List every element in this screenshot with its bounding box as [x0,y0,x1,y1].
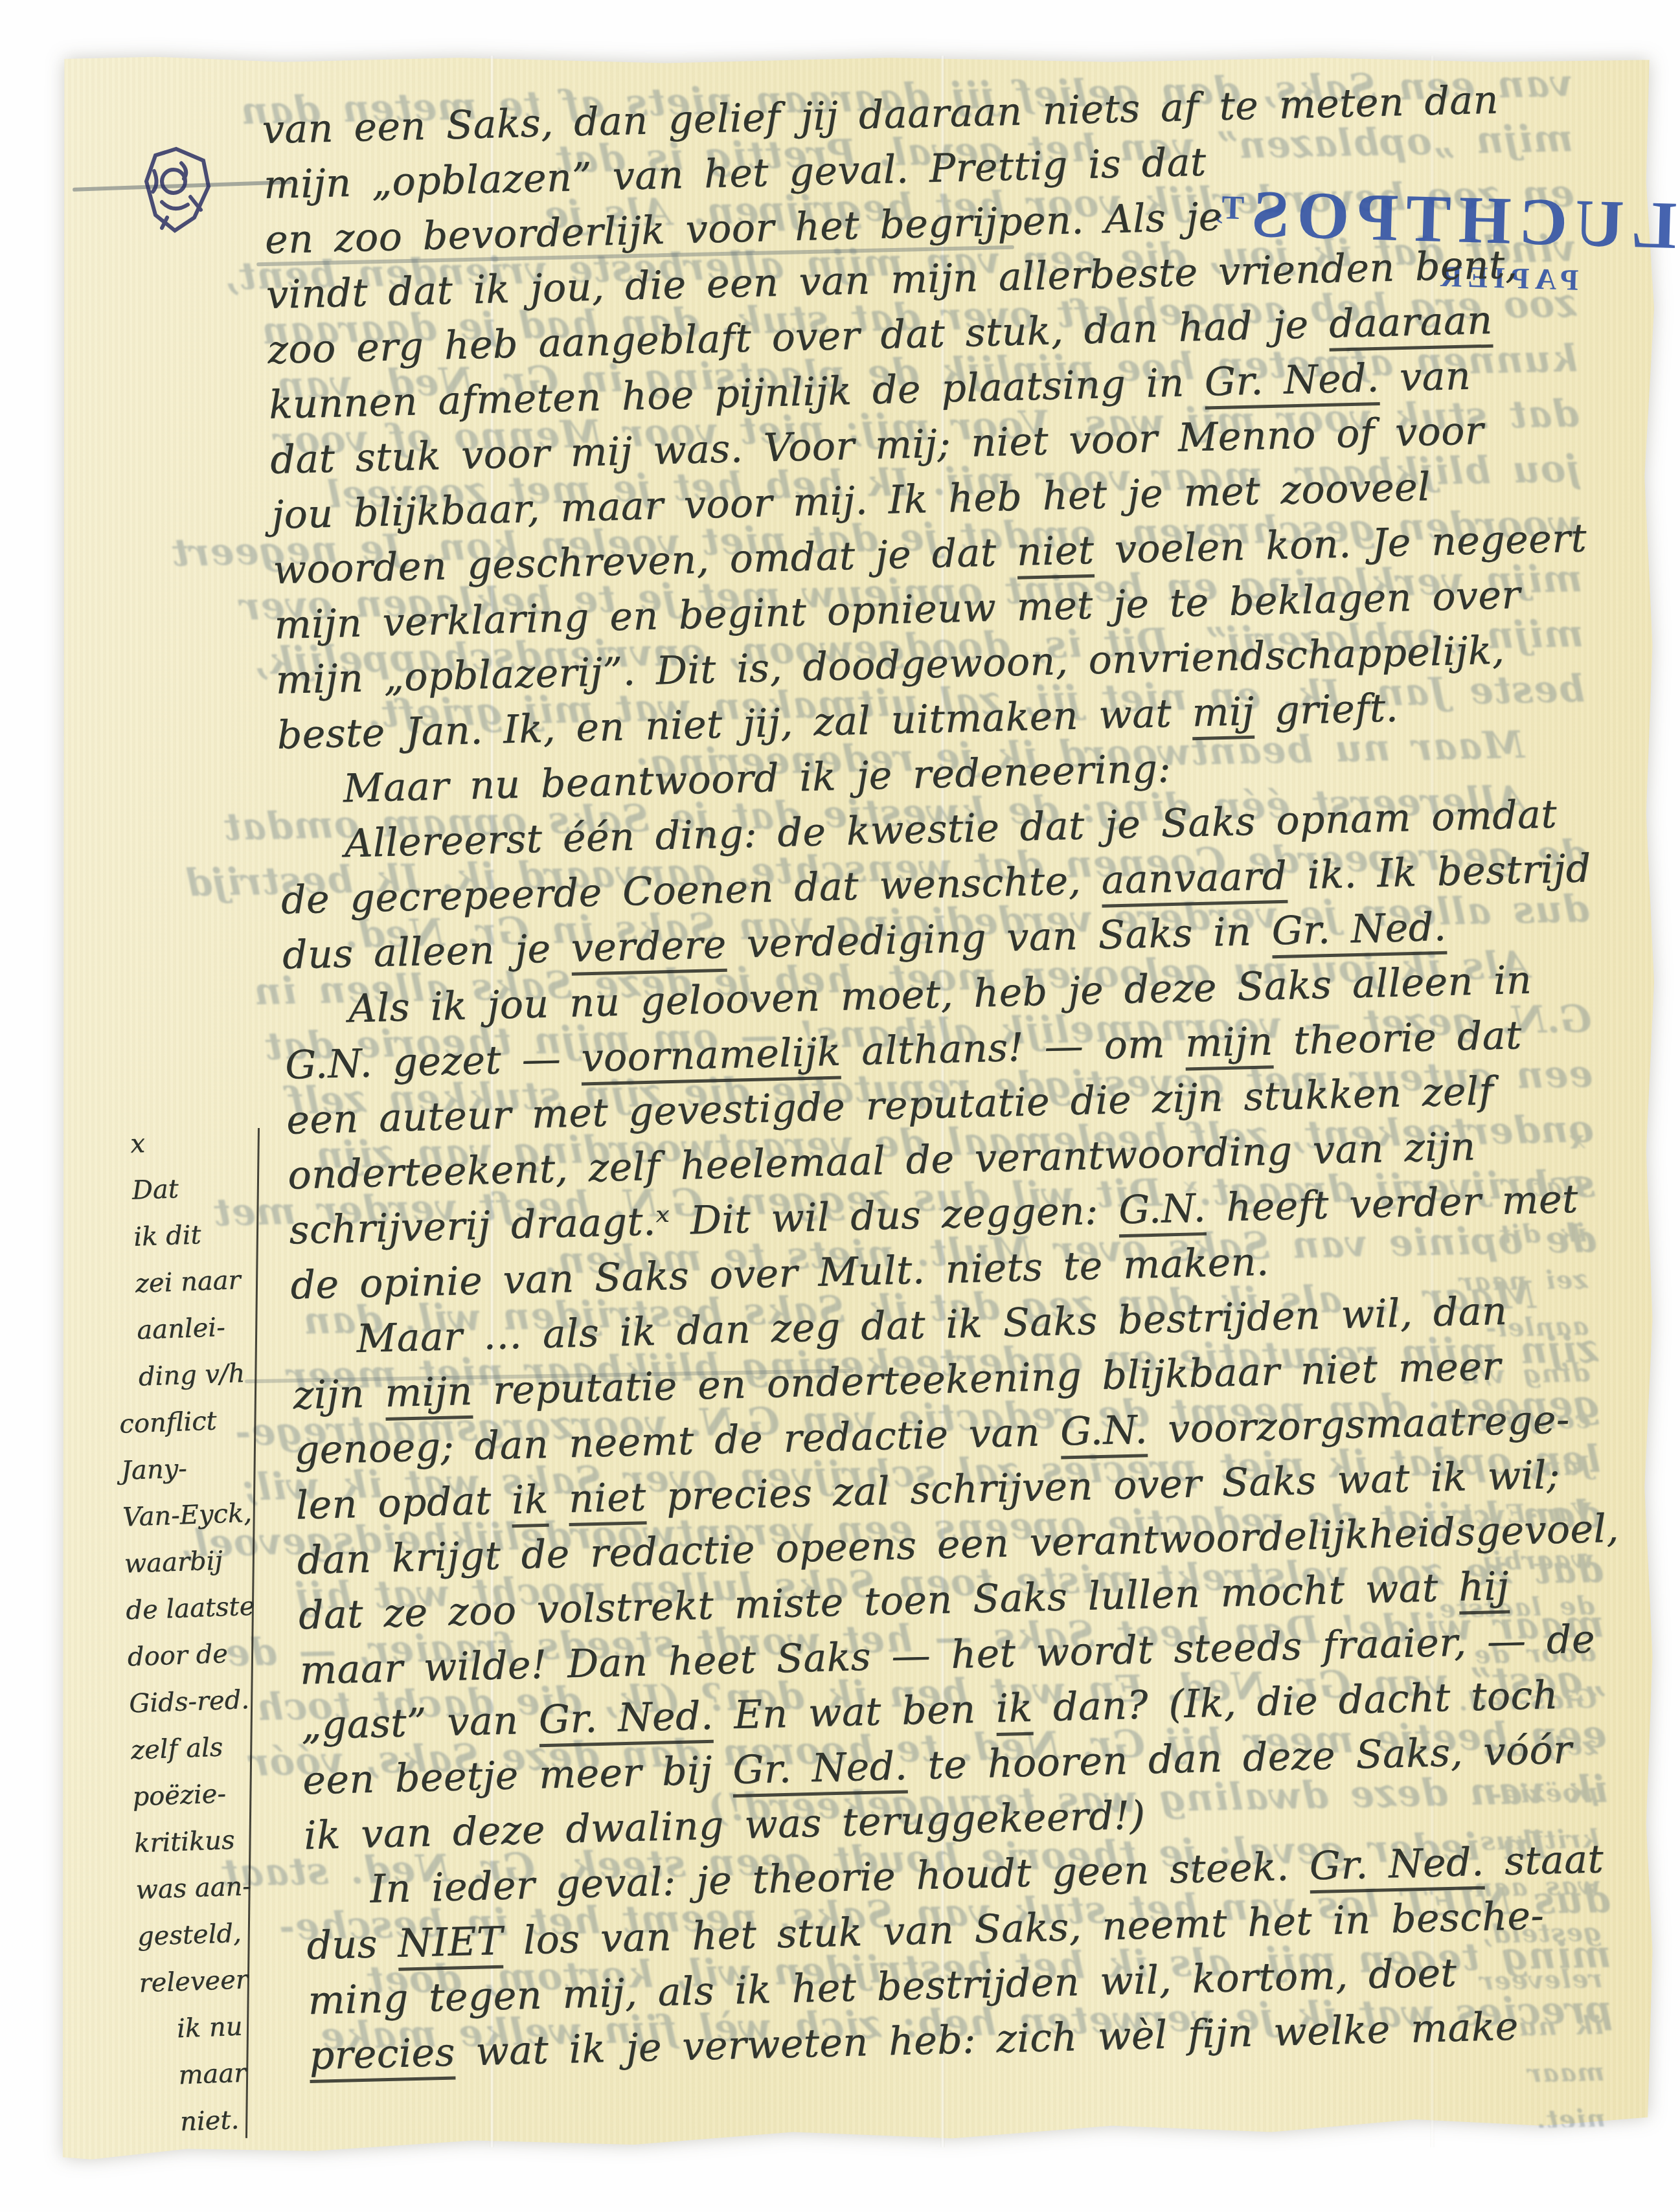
text-segment: staat [1483,1836,1604,1884]
text-segment: ik [995,1686,1033,1736]
text-segment: een beetje meer bij [302,1748,733,1803]
text-segment: theorie dat [1272,1013,1522,1064]
margin-note-word: releveer [138,1955,295,2007]
text-segment: Gr. Ned. [538,1693,714,1748]
margin-note-word: ding v/h [117,1349,274,1401]
margin-note-word: waarbij [124,1535,280,1587]
margin-note-word: poëzie- [131,1768,288,1820]
margin-note-word: x [109,1116,266,1168]
margin-note-word: ik dit [112,1210,269,1261]
margin-note-word: kritikus [133,1815,290,1867]
text-segment: voornamelijk [581,1030,842,1086]
text-segment: grieft. [1254,685,1399,734]
margin-note-word: Dat [111,1163,267,1215]
margin-note-word: Jany- [120,1442,277,1494]
margin-note-word: niet. [143,2095,300,2147]
text-segment: Gr. Ned. [1309,1840,1484,1894]
text-segment: heeft verder met [1205,1177,1578,1231]
margin-note-word: zei naar [114,1256,271,1307]
margin-note-word: conflict [119,1395,275,1447]
margin-note-word: aanlei- [115,1302,272,1354]
text-segment: voorzorgsmaatrege- [1147,1397,1570,1452]
text-segment: niet [1016,528,1095,580]
text-segment [548,1476,569,1522]
text-segment: mij [1192,689,1255,740]
text-segment: NIET [397,1919,503,1971]
text-segment: En wat ben [712,1686,996,1739]
text-segment: precies [309,2030,456,2083]
letter-body: van een Saks, dan gelief jij daaraan nie… [262,73,1680,2088]
margin-note-word: was aan- [135,1862,291,1913]
text-segment: G.N. [1060,1407,1148,1459]
text-segment: zijn [293,1371,385,1418]
text-segment: dus [306,1921,399,1969]
text-segment: Gr. Ned. [732,1743,907,1798]
margin-note-word: zelf als [130,1722,287,1774]
text-segment: althans! — om [841,1021,1186,1075]
scanned-letter-page: xDatik ditzei naaraanlei-ding v/hconflic… [0,0,1680,2212]
margin-note-word: door de [127,1629,284,1680]
text-segment: van [1379,354,1471,401]
text-segment: Gr. Ned. [1204,356,1379,410]
margin-note-word: maar [141,2048,298,2100]
text-segment: ik. Ik bestrijd [1286,846,1591,898]
margin-note-word: Gids-red. [128,1675,285,1727]
text-segment: G.N. [1118,1186,1206,1237]
ink-crest-stamp-icon [139,145,215,234]
text-segment: Gr. Ned. [1271,905,1447,959]
text-segment: G.N. gezet — [284,1035,582,1088]
text-segment: mijn [384,1369,473,1421]
text-segment: daaraan [1328,298,1493,352]
margin-note-word: ik nu [140,2002,297,2053]
text-segment: dus alleen je [282,926,572,978]
margin-note-word: de laatste [125,1582,282,1634]
text-segment: verdere [571,922,727,976]
margin-note-word: Van-Eyck, [122,1489,278,1541]
margin-note-word: gesteld, [137,1908,293,1960]
text-segment: aanvaard [1101,853,1288,908]
text-segment: hij [1458,1564,1510,1615]
text-segment: niet [568,1474,646,1526]
text-segment: ik [511,1477,549,1528]
text-segment: „gast” van [301,1697,539,1748]
text-segment: len opdat [295,1478,512,1528]
text-segment: mijn [1185,1019,1273,1070]
